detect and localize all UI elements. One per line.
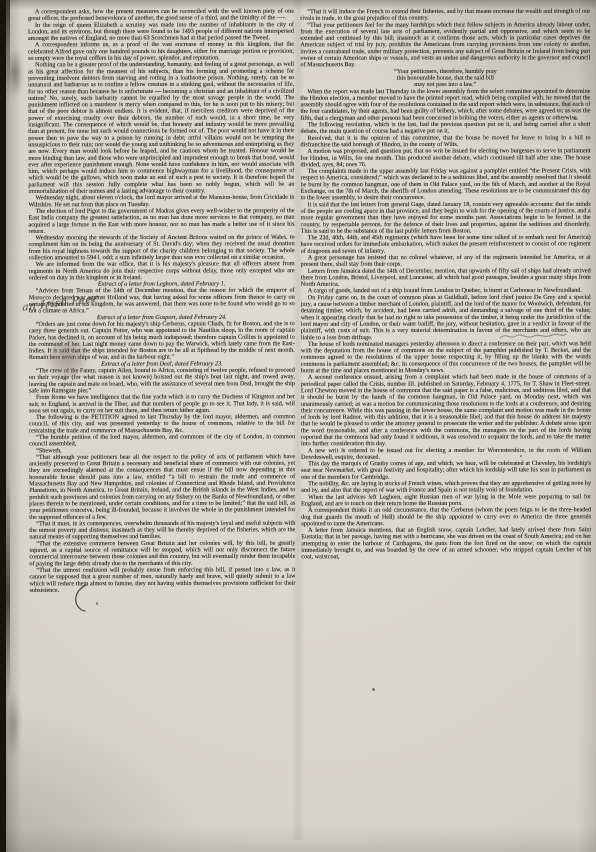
- news-paragraph: Resolved, that it is the opinion of this…: [300, 134, 590, 148]
- news-paragraph: A second conference ensued, arising from…: [301, 373, 591, 447]
- news-paragraph: Letters from Jamaica dated the 14th of D…: [301, 267, 591, 287]
- news-paragraph: “The crew of the Fanny, captain Allen, b…: [29, 367, 295, 394]
- news-paragraph: A letter from Jamaica mentions, that an …: [301, 526, 591, 560]
- news-paragraph: The following is the PETITION agreed to …: [29, 413, 295, 434]
- newspaper-page-scan: A correspondent asks, how the present me…: [0, 0, 596, 852]
- news-paragraph: “The humble petition of the lord mayor, …: [29, 433, 295, 447]
- news-paragraph: “That it must, in its consequences, over…: [29, 520, 295, 541]
- news-paragraph: On Friday came on, in the court of commo…: [301, 294, 591, 341]
- news-paragraph: A correspondent thinks it an odd circums…: [301, 506, 591, 526]
- news-paragraph: “That your petitioners feel for the many…: [300, 21, 590, 68]
- news-paragraph: We are informed from the war office, tha…: [29, 260, 295, 281]
- news-paragraph: It is said that the last letters from ge…: [301, 201, 591, 235]
- news-paragraph: A correspondent informs us, as a proof o…: [28, 41, 294, 62]
- news-paragraph: A correspondent asks, how the present me…: [28, 8, 294, 22]
- news-paragraph: When the last advices left Leghorn, eigh…: [301, 493, 591, 507]
- news-paragraph: Wednesday morning the stewards of the So…: [29, 234, 295, 261]
- news-paragraph: Nothing can be a greater proof of the un…: [28, 61, 294, 195]
- news-paragraph: “That it will induce the French to exten…: [300, 8, 590, 22]
- news-paragraph: The house of lords nominated managers ye…: [301, 340, 591, 374]
- news-paragraph: A great personage has insisted that no c…: [301, 254, 591, 268]
- news-paragraph: The 22d, 40th, 44th, and 45th regiments …: [301, 234, 591, 254]
- left-text-column: A correspondent asks, how the present me…: [28, 8, 296, 821]
- news-paragraph: “That although your petitioners bear all…: [29, 453, 295, 520]
- news-paragraph: This day the marquis of Granby comes of …: [301, 460, 591, 480]
- news-paragraph: When the report was made last Thursday i…: [300, 88, 590, 122]
- right-text-column: “That it will induce the French to exten…: [300, 8, 591, 845]
- news-paragraph: The following resolution, which is the l…: [300, 121, 590, 135]
- news-paragraph: A motion was proposed, and question put,…: [301, 147, 591, 167]
- news-paragraph: The nobility, &c. are laying in stocks o…: [301, 480, 591, 494]
- news-paragraph: The complaints made in the upper assembl…: [301, 167, 591, 201]
- news-paragraph: A new writ is ordered to be issued out f…: [301, 447, 591, 461]
- news-paragraph: In the reign of queen Elizabeth a scruti…: [28, 21, 294, 42]
- scan-film-edge: [0, 0, 6, 852]
- news-paragraph: The election of lord Pigot to the govern…: [28, 207, 294, 234]
- news-paragraph: From Rome we have intelligence that the …: [29, 393, 295, 414]
- news-paragraph: “Orders are just come down for his majes…: [29, 320, 295, 361]
- news-paragraph: “That the utmost confusion will probably…: [29, 566, 295, 593]
- news-paragraph: Wednesday night, about eleven o'clock, t…: [28, 194, 294, 208]
- news-paragraph: “That the extensive commerce between Gre…: [29, 540, 295, 567]
